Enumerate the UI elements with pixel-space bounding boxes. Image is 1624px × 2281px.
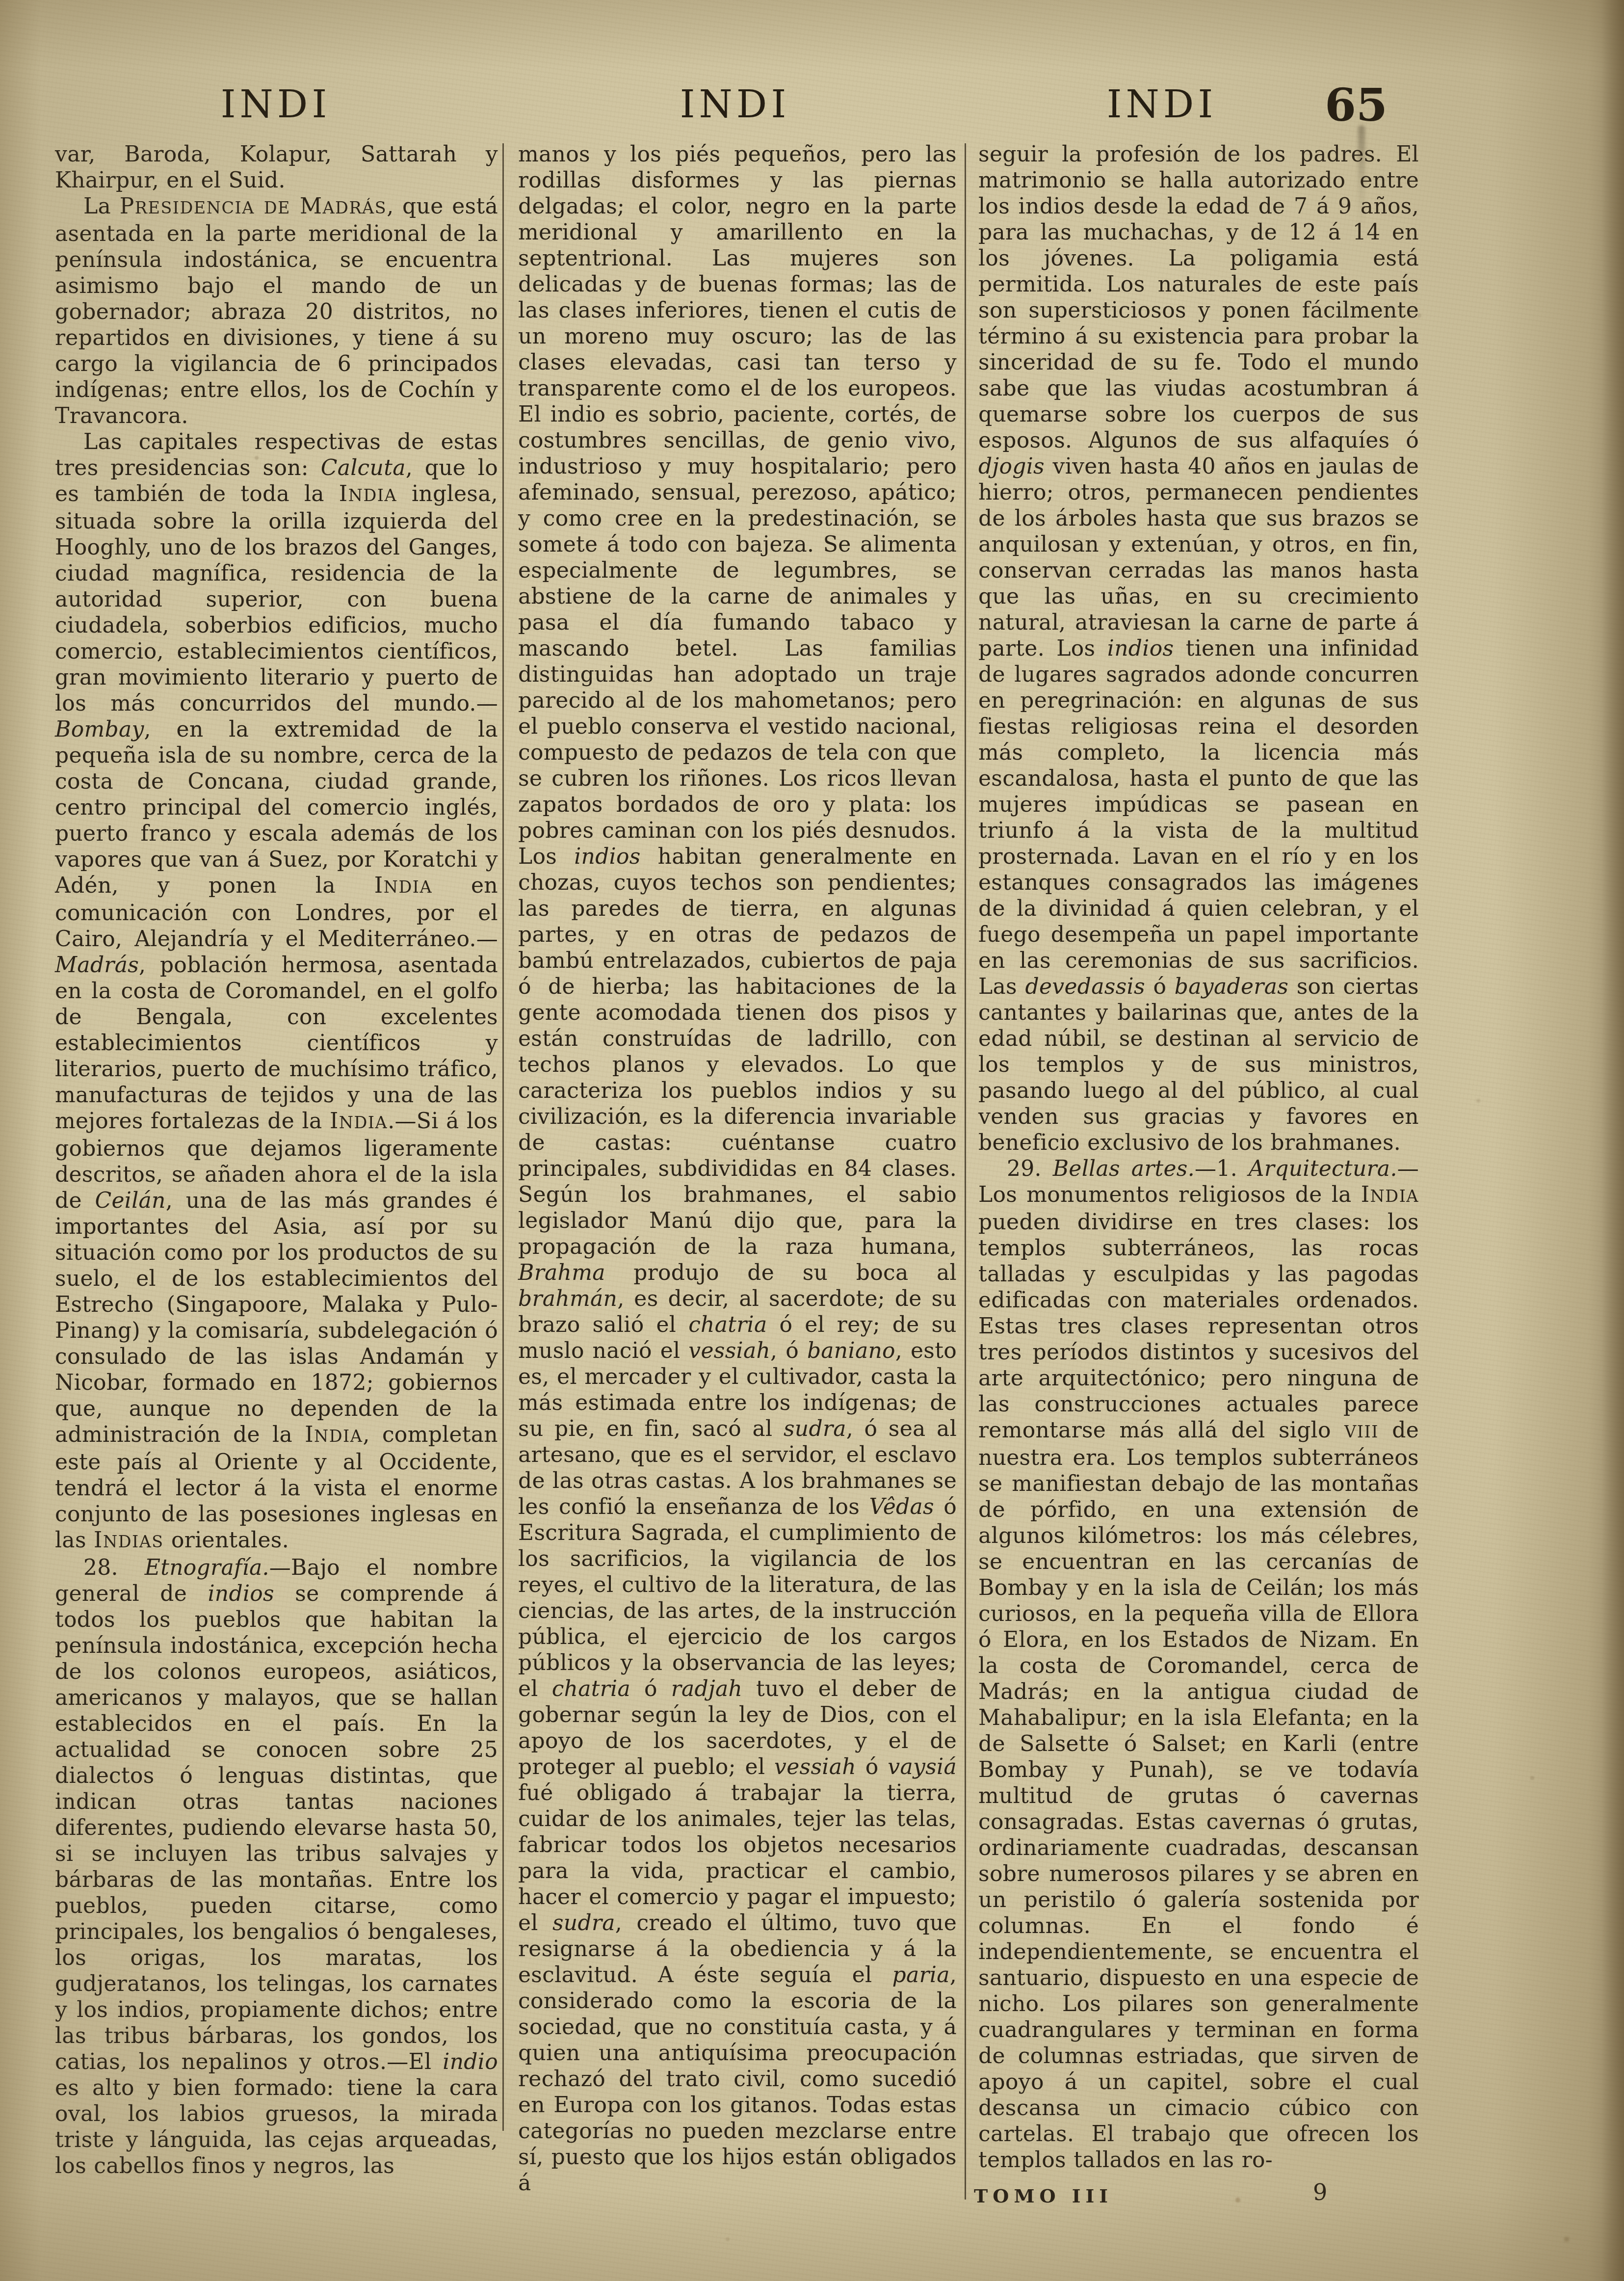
paper-speckles	[0, 0, 3, 3]
italic-text: Brahma	[518, 1260, 605, 1285]
body-text: ó	[1145, 974, 1175, 999]
small-caps-text: INDIA	[305, 1422, 363, 1447]
italic-text: bayaderas	[1175, 974, 1288, 999]
column-2: manos y los piés pequeños, pero las rodi…	[518, 141, 957, 2196]
body-text: ó	[856, 1754, 888, 1779]
body-text: 29.	[1007, 1156, 1053, 1181]
italic-text: chatria	[552, 1676, 630, 1701]
body-text: , población hermosa, asentada en la cost…	[55, 953, 498, 1134]
italic-text: vaysiá	[888, 1754, 957, 1779]
italic-text: indio	[443, 2049, 498, 2074]
body-text: de nuestra era. Los templos subterráneos…	[978, 1418, 1419, 2173]
body-text: viven hasta 40 años en jaulas de hierro;…	[978, 454, 1419, 661]
paragraph: seguir la profesión de los padres. El ma…	[978, 141, 1419, 1156]
body-text: seguir la profesión de los padres. El ma…	[978, 142, 1419, 453]
italic-text: vessiah	[688, 1338, 770, 1363]
body-text: , que está asentada en la parte meridion…	[55, 194, 498, 428]
body-text: es alto y bien formado: tiene la cara ov…	[55, 2075, 498, 2178]
small-caps-text: INDIAS	[94, 1528, 164, 1553]
paragraph: manos y los piés pequeños, pero las rodi…	[518, 141, 957, 2196]
italic-text: sudra	[552, 1910, 615, 1936]
column-1: var, Baroda, Kolapur, Sattarah y Khairpu…	[55, 141, 498, 2179]
italic-text: Arquitectura.	[1249, 1156, 1397, 1181]
small-caps-text: INDIA	[330, 1109, 388, 1134]
column-3: seguir la profesión de los padres. El ma…	[978, 141, 1419, 2173]
body-text: pueden dividirse en tres clases: los tem…	[978, 1210, 1419, 1443]
italic-text: Ceilán	[95, 1188, 166, 1213]
small-caps-text: INDIA	[339, 481, 397, 506]
paragraph: Las capitales respectivas de estas tres …	[55, 429, 498, 1555]
italic-text: Bellas artes.	[1053, 1156, 1195, 1181]
paragraph: La PRESIDENCIA DE MADRÁS, que está asent…	[55, 193, 498, 429]
body-text: var, Baroda, Kolapur, Sattarah y Khairpu…	[55, 142, 498, 193]
body-text: orientales.	[164, 1528, 289, 1553]
italic-text: Bombay	[55, 717, 144, 742]
italic-text: djogis	[978, 454, 1045, 479]
body-text: ó	[630, 1676, 671, 1701]
body-text: tienen una infinidad de lugares sagrados…	[978, 636, 1419, 999]
italic-text: indios	[1107, 636, 1174, 661]
running-title-col3: INDI	[1107, 82, 1217, 127]
body-text: produjo de su boca al	[605, 1260, 957, 1285]
italic-text: chatria	[688, 1312, 767, 1337]
body-text: —1.	[1195, 1156, 1249, 1181]
scanned-book-page: INDI INDI INDI 65 var, Baroda, Kolapur, …	[0, 0, 1624, 2281]
signature-number: 9	[1313, 2179, 1327, 2205]
italic-text: sudra	[784, 1416, 846, 1441]
italic-text: vessiah	[774, 1754, 856, 1779]
running-title-col2: INDI	[680, 82, 790, 127]
body-text: son ciertas cantantes y bailarinas que, …	[978, 974, 1419, 1155]
body-text: , ó	[770, 1338, 807, 1363]
small-caps-text: PRESIDENCIA DE MADRÁS	[120, 194, 387, 219]
italic-text: radjah	[671, 1676, 742, 1701]
body-text: manos y los piés pequeños, pero las rodi…	[518, 142, 957, 869]
volume-label: TOMO III	[974, 2185, 1113, 2207]
italic-text: indios	[208, 1581, 274, 1606]
paragraph: 29. Bellas artes.—1. Arquitectura.—Los m…	[978, 1156, 1419, 2173]
small-caps-text: INDIA	[1361, 1182, 1419, 1207]
body-text: La	[83, 194, 120, 219]
italic-text: indios	[574, 844, 641, 869]
small-caps-text: VIII	[1344, 1418, 1379, 1443]
italic-text: Vêdas	[869, 1494, 934, 1519]
page-number: 65	[1325, 79, 1388, 132]
italic-text: Madrás	[55, 953, 139, 978]
body-text: 28.	[83, 1555, 145, 1580]
italic-text: paria	[892, 1963, 949, 1988]
body-text: habitan generalmente en chozas, cuyos te…	[518, 844, 957, 1259]
small-caps-text: INDIA	[374, 873, 432, 898]
italic-text: Etnografía.	[145, 1555, 269, 1580]
italic-text: baniano	[807, 1338, 895, 1363]
page-edge-shadow	[1601, 0, 1624, 2281]
paragraph: 28. Etnografía.—Bajo el nombre general d…	[55, 1555, 498, 2179]
body-text: ó Escritura Sagrada, el cumplimiento de …	[518, 1494, 957, 1701]
body-text: , considerado como la escoria de la soci…	[518, 1963, 957, 2196]
italic-text: Calcuta	[321, 455, 406, 480]
body-text: , en la extremidad de la pequeña isla de…	[55, 717, 498, 898]
italic-text: devedassis	[1025, 974, 1145, 999]
column-divider-2	[965, 143, 966, 2200]
paragraph: var, Baroda, Kolapur, Sattarah y Khairpu…	[55, 141, 498, 193]
running-title-col1: INDI	[221, 82, 331, 127]
body-text: , una de las más grandes é importantes d…	[55, 1188, 498, 1447]
body-text: se comprende á todos los pueblos que hab…	[55, 1581, 498, 2074]
body-text: inglesa, situada sobre la orilla izquier…	[55, 481, 498, 716]
column-divider-1	[502, 143, 504, 2131]
italic-text: brahmán	[518, 1286, 617, 1311]
